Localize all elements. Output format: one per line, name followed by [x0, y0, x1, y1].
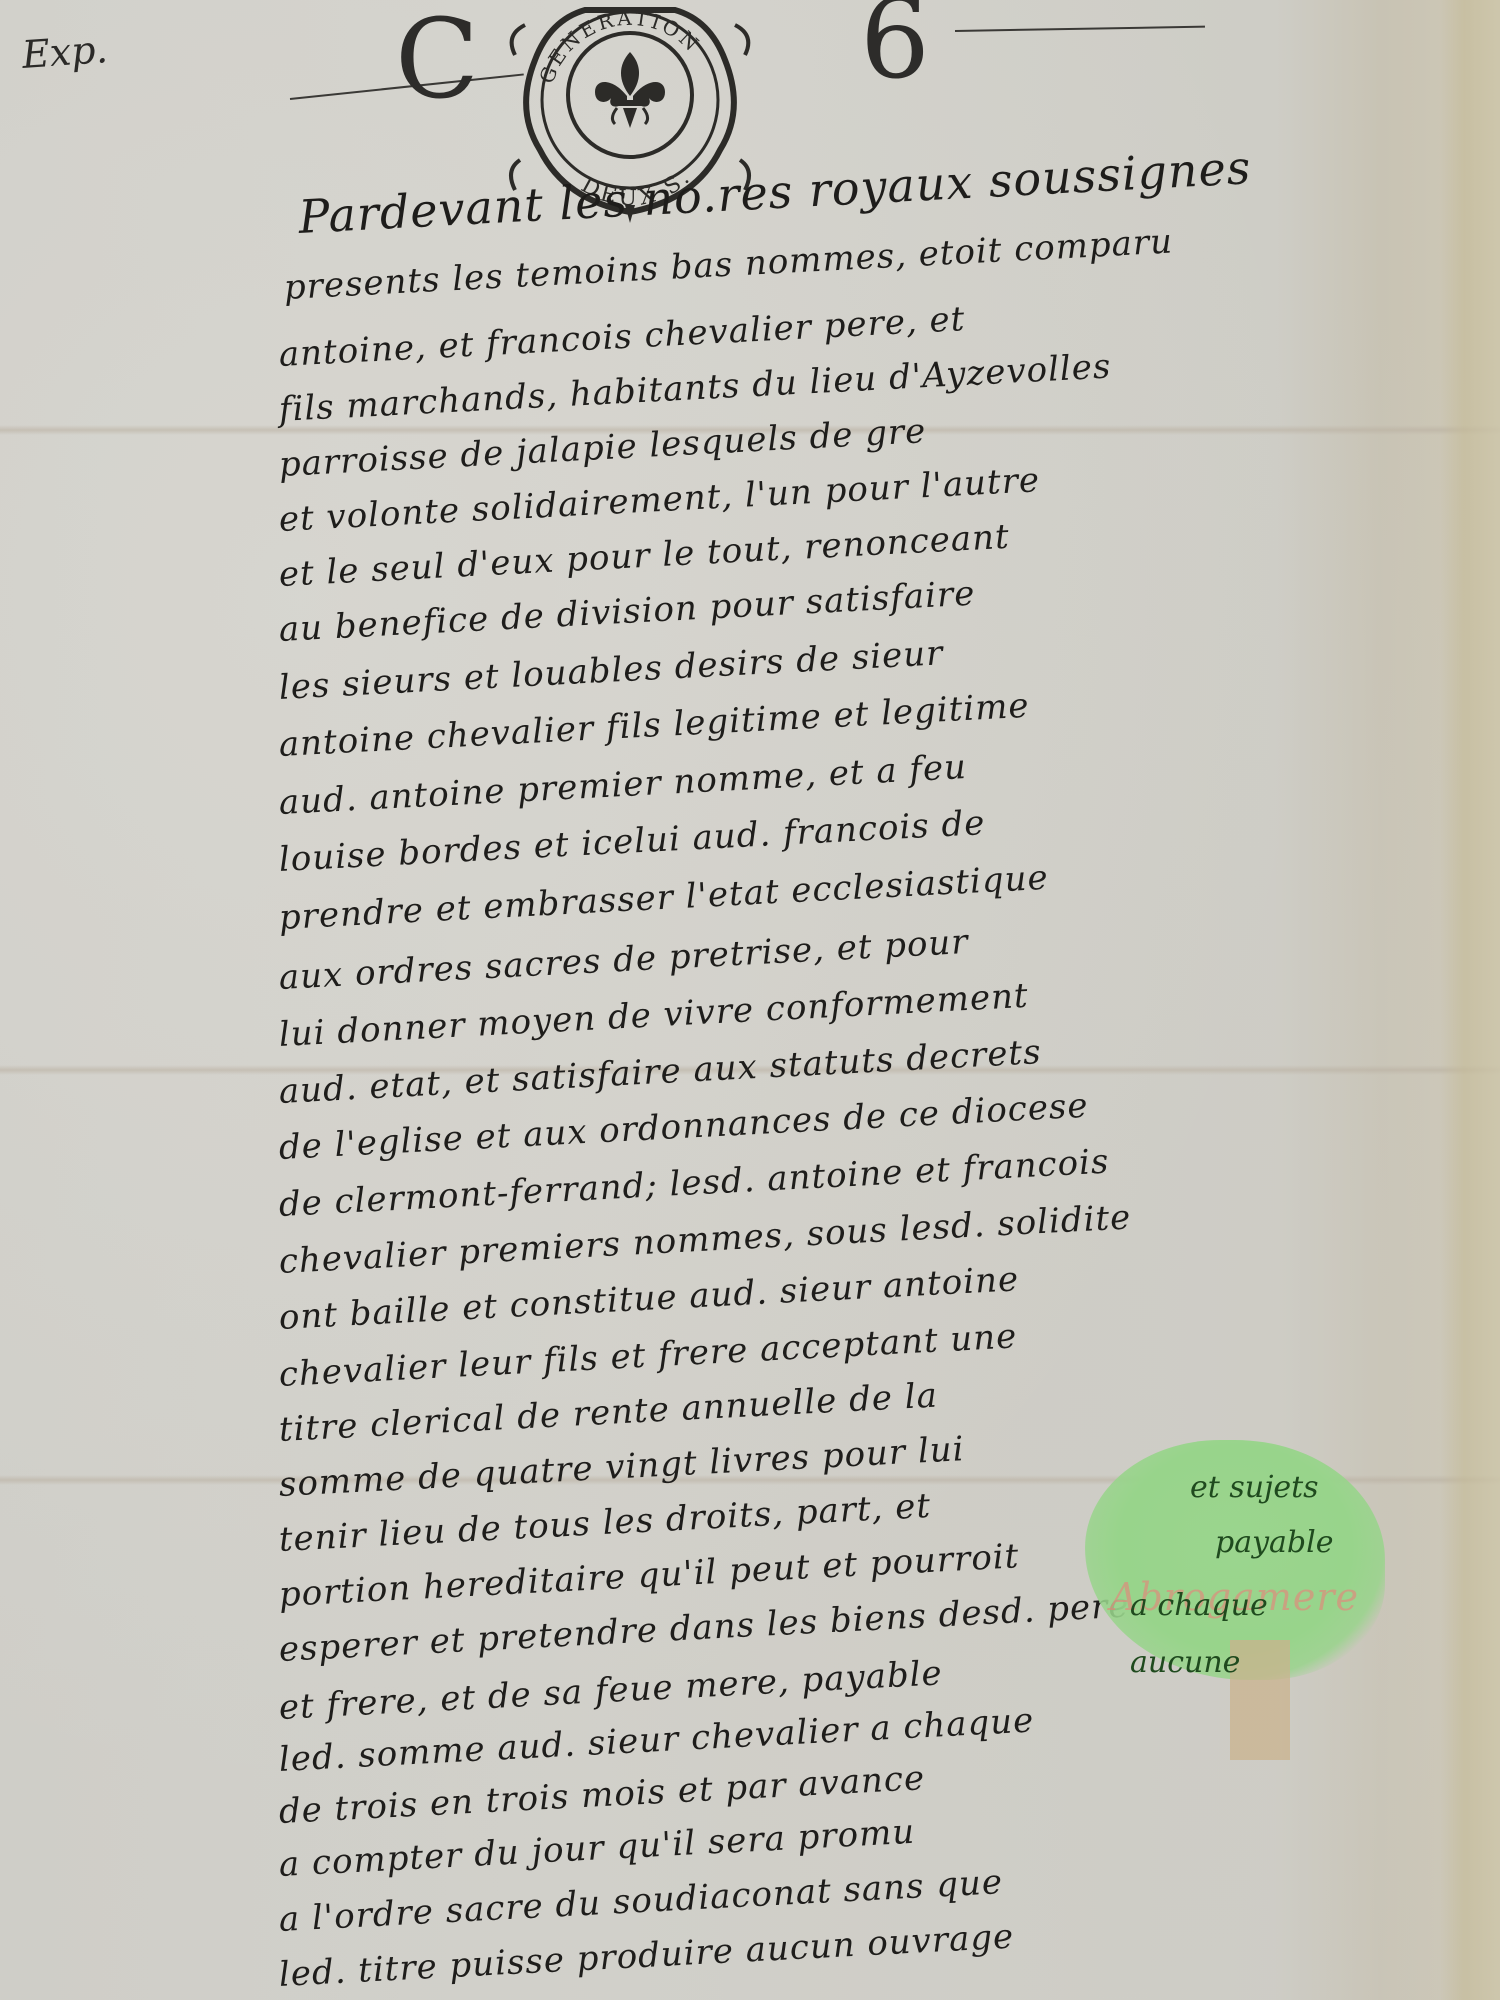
patch-ink-line: et sujets: [1190, 1470, 1319, 1505]
patch-ink-line: aucune: [1130, 1645, 1240, 1680]
header-mark-left: C: [395, 0, 479, 123]
header-mark-right: 6: [860, 0, 930, 103]
margin-note: Exp.: [21, 27, 109, 77]
patch-ink-line: payable: [1215, 1525, 1333, 1560]
patch-ink-line: a chaque: [1130, 1588, 1268, 1623]
paper-edge-stain: [1440, 0, 1500, 2000]
